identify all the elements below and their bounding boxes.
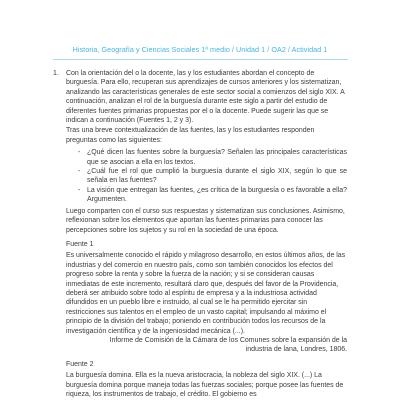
activity-item: 1. Con la orientación del o la docente, … bbox=[53, 69, 347, 125]
activity-intro: Con la orientación del o la docente, las… bbox=[66, 69, 347, 125]
question-item-3: - La visión que entregan las fuentes, ¿e… bbox=[78, 186, 347, 205]
activity-closing: Luego comparten con el curso sus respues… bbox=[66, 207, 347, 235]
source-1-label: Fuente 1 bbox=[66, 240, 347, 249]
source-1-text: Es universalmente conocido el rápido y m… bbox=[66, 251, 347, 336]
source-2-label: Fuente 2 bbox=[66, 360, 347, 369]
breadcrumb: Historia, Geografía y Ciencias Sociales … bbox=[0, 45, 400, 55]
header-divider bbox=[53, 59, 348, 60]
question-item-2: - ¿Cuál fue el rol que cumplió la burgue… bbox=[78, 167, 347, 186]
question-text: La visión que entregan las fuentes, ¿es … bbox=[87, 186, 347, 205]
source-2-text: La burguesía domina. Ella es la nueva ar… bbox=[66, 371, 347, 399]
activity-content: 1. Con la orientación del o la docente, … bbox=[53, 69, 347, 399]
question-text: ¿Cuál fue el rol que cumplió la burguesí… bbox=[87, 167, 347, 186]
bullet-dash: - bbox=[78, 186, 87, 205]
activity-prompt: Tras una breve contextualización de las … bbox=[66, 126, 347, 145]
source-1-attribution: Informe de Comisión de la Cámara de los … bbox=[96, 336, 347, 355]
question-text: ¿Qué dicen las fuentes sobre la burguesí… bbox=[87, 148, 347, 167]
bullet-dash: - bbox=[78, 148, 87, 167]
bullet-dash: - bbox=[78, 167, 87, 186]
question-item-1: - ¿Qué dicen las fuentes sobre la burgue… bbox=[78, 148, 347, 167]
question-list: - ¿Qué dicen las fuentes sobre la burgue… bbox=[78, 148, 347, 204]
document-page: Historia, Geografía y Ciencias Sociales … bbox=[0, 0, 400, 400]
activity-number: 1. bbox=[53, 69, 66, 125]
